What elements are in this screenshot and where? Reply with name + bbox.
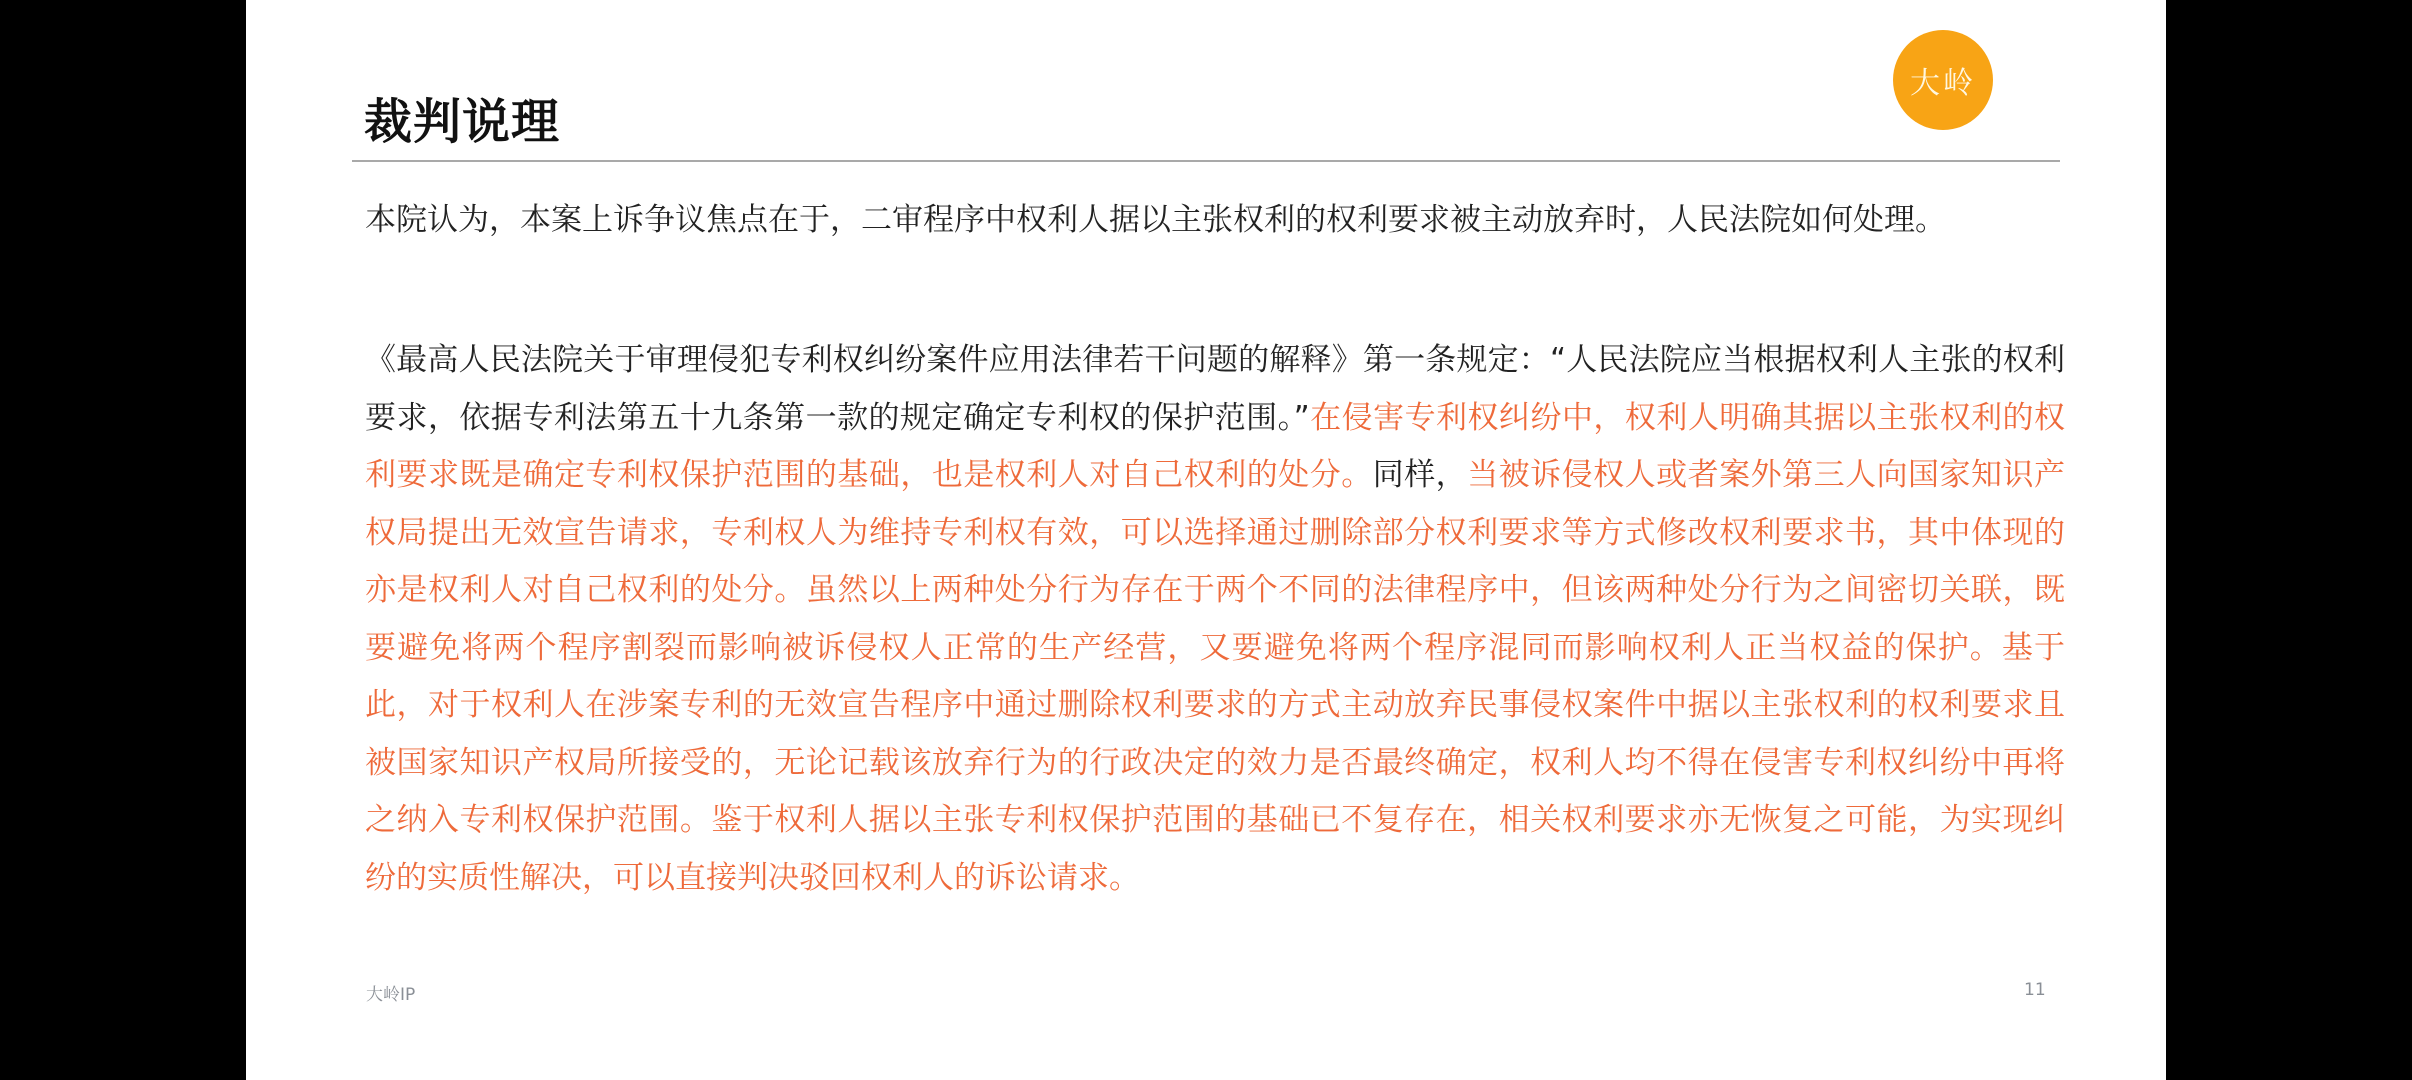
paragraph-legal-reasoning: 《最高人民法院关于审理侵犯专利权纠纷案件应用法律若干问题的解释》第一条规定：“人… (365, 332, 2065, 907)
brand-logo-icon: 大岭 (1893, 30, 1993, 130)
paragraph-court-opinion: 本院认为，本案上诉争议焦点在于，二审程序中权利人据以主张权利的权利要求被主动放弃… (365, 192, 2065, 250)
presentation-slide: 裁判说理 大岭 本院认为，本案上诉争议焦点在于，二审程序中权利人据以主张权利的权… (246, 0, 2166, 1080)
footer-watermark: 大岭IP (366, 980, 415, 1005)
page-number: 11 (2024, 980, 2046, 1000)
logo-text: 大岭 (1910, 58, 1976, 102)
text-segment: 本院认为，本案上诉争议焦点在于，二审程序中权利人据以主张权利的权利要求被主动放弃… (365, 202, 1946, 238)
text-segment-connector: 同样， (1373, 457, 1467, 493)
text-segment-highlight: 当被诉侵权人或者案外第三人向国家知识产权局提出无效宣告请求，专利权人为维持专利权… (365, 457, 2065, 896)
screen: 裁判说理 大岭 本院认为，本案上诉争议焦点在于，二审程序中权利人据以主张权利的权… (0, 0, 2412, 1080)
slide-title: 裁判说理 (364, 92, 560, 152)
title-divider (352, 160, 2060, 162)
